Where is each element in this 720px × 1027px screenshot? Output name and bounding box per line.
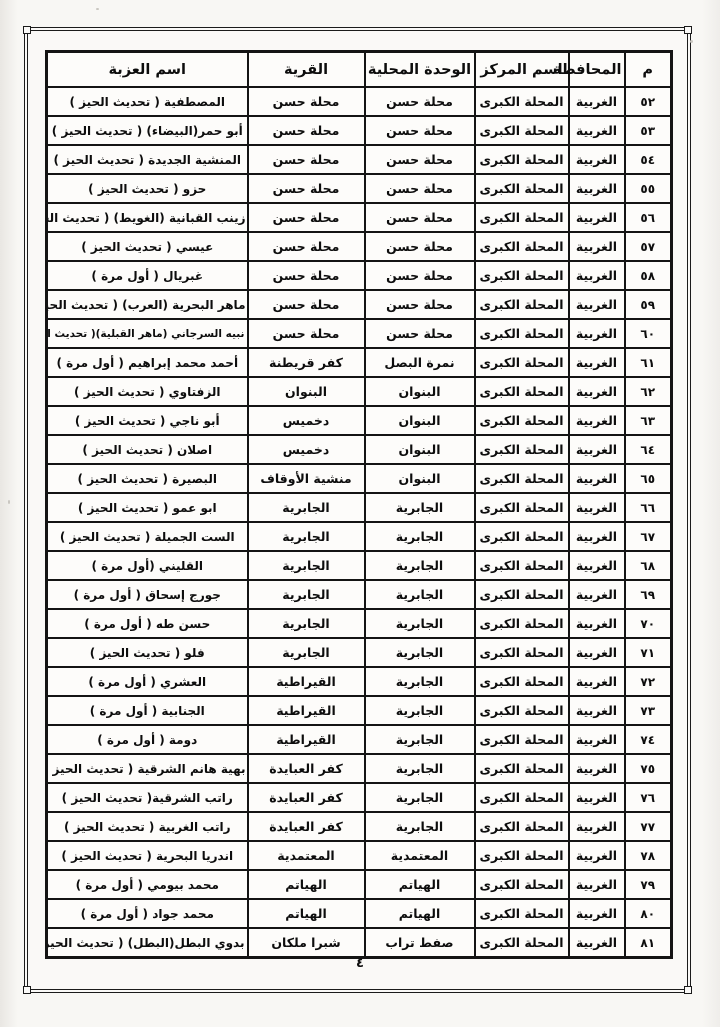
cell-row-number: ٧١ bbox=[625, 638, 672, 667]
cell-center: المحلة الكبرى bbox=[475, 116, 569, 145]
cell-ezba-name: الجنابية ( أول مرة ) bbox=[47, 696, 248, 725]
cell-local-unit: محلة حسن bbox=[365, 261, 475, 290]
cell-village: كفر العبايدة bbox=[248, 754, 365, 783]
table-row: ٦٥ الغربية المحلة الكبرى البنوان منشية ا… bbox=[47, 464, 672, 493]
cell-local-unit: الجابرية bbox=[365, 522, 475, 551]
header-no: م bbox=[625, 52, 672, 88]
cell-village: كفر العبايدة bbox=[248, 812, 365, 841]
cell-row-number: ٦٧ bbox=[625, 522, 672, 551]
cell-row-number: ٥٧ bbox=[625, 232, 672, 261]
cell-village: كفر العبايدة bbox=[248, 783, 365, 812]
cell-ezba-name: المنشية الجديدة ( تحديث الحيز ) bbox=[47, 145, 248, 174]
cell-row-number: ٦٩ bbox=[625, 580, 672, 609]
cell-village: شبرا ملكان bbox=[248, 928, 365, 958]
cell-ezba-name: محمد بيومي ( أول مرة ) bbox=[47, 870, 248, 899]
cell-governorate: الغربية bbox=[569, 145, 625, 174]
cell-ezba-name: حزو ( تحديث الحيز ) bbox=[47, 174, 248, 203]
table-row: ٥٥ الغربية المحلة الكبرى محلة حسن محلة ح… bbox=[47, 174, 672, 203]
cell-governorate: الغربية bbox=[569, 812, 625, 841]
cell-governorate: الغربية bbox=[569, 493, 625, 522]
table-row: ٧٢ الغربية المحلة الكبرى الجابرية القيرا… bbox=[47, 667, 672, 696]
cell-center: المحلة الكبرى bbox=[475, 754, 569, 783]
cell-center: المحلة الكبرى bbox=[475, 203, 569, 232]
cell-local-unit: الجابرية bbox=[365, 609, 475, 638]
cell-local-unit: الجابرية bbox=[365, 725, 475, 754]
cell-governorate: الغربية bbox=[569, 638, 625, 667]
table-row: ٥٦ الغربية المحلة الكبرى محلة حسن محلة ح… bbox=[47, 203, 672, 232]
cell-village: دخميس bbox=[248, 435, 365, 464]
cell-governorate: الغربية bbox=[569, 261, 625, 290]
cell-local-unit: الجابرية bbox=[365, 638, 475, 667]
cell-governorate: الغربية bbox=[569, 754, 625, 783]
table-row: ٧٠ الغربية المحلة الكبرى الجابرية الجابر… bbox=[47, 609, 672, 638]
cell-ezba-name: البصيرة ( تحديث الحيز ) bbox=[47, 464, 248, 493]
cell-village: محلة حسن bbox=[248, 319, 365, 348]
cell-village: محلة حسن bbox=[248, 203, 365, 232]
cell-ezba-name: أبو ناجي ( تحديث الحيز ) bbox=[47, 406, 248, 435]
cell-local-unit: البنوان bbox=[365, 464, 475, 493]
cell-governorate: الغربية bbox=[569, 696, 625, 725]
cell-ezba-name: دومة ( أول مرة ) bbox=[47, 725, 248, 754]
cell-governorate: الغربية bbox=[569, 290, 625, 319]
cell-center: المحلة الكبرى bbox=[475, 261, 569, 290]
table-row: ٥٧ الغربية المحلة الكبرى محلة حسن محلة ح… bbox=[47, 232, 672, 261]
scan-speck bbox=[690, 40, 693, 43]
table-row: ٧٨ الغربية المحلة الكبرى المعتمدية المعت… bbox=[47, 841, 672, 870]
cell-center: المحلة الكبرى bbox=[475, 928, 569, 958]
cell-ezba-name: اصلان ( تحديث الحيز ) bbox=[47, 435, 248, 464]
cell-row-number: ٥٢ bbox=[625, 87, 672, 116]
cell-center: المحلة الكبرى bbox=[475, 145, 569, 174]
cell-governorate: الغربية bbox=[569, 406, 625, 435]
cell-center: المحلة الكبرى bbox=[475, 841, 569, 870]
cell-center: المحلة الكبرى bbox=[475, 638, 569, 667]
cell-governorate: الغربية bbox=[569, 319, 625, 348]
cell-center: المحلة الكبرى bbox=[475, 348, 569, 377]
cell-center: المحلة الكبرى bbox=[475, 174, 569, 203]
cell-center: المحلة الكبرى bbox=[475, 812, 569, 841]
cell-local-unit: الجابرية bbox=[365, 551, 475, 580]
cell-ezba-name: محمد جواد ( أول مرة ) bbox=[47, 899, 248, 928]
cell-center: المحلة الكبرى bbox=[475, 609, 569, 638]
cell-row-number: ٧٨ bbox=[625, 841, 672, 870]
cell-village: محلة حسن bbox=[248, 261, 365, 290]
cell-governorate: الغربية bbox=[569, 522, 625, 551]
cell-row-number: ٦٥ bbox=[625, 464, 672, 493]
ezba-table: م المحافظة اسم المركز الوحدة المحلية الق… bbox=[45, 50, 673, 959]
cell-village: محلة حسن bbox=[248, 232, 365, 261]
cell-row-number: ٦٠ bbox=[625, 319, 672, 348]
table-row: ٧٣ الغربية المحلة الكبرى الجابرية القيرا… bbox=[47, 696, 672, 725]
cell-village: الهياتم bbox=[248, 870, 365, 899]
cell-ezba-name: بهية هانم الشرقية ( تحديث الحيز ) bbox=[47, 754, 248, 783]
cell-row-number: ٥٣ bbox=[625, 116, 672, 145]
cell-row-number: ٦٢ bbox=[625, 377, 672, 406]
cell-village: القيراطية bbox=[248, 696, 365, 725]
table-row: ٧٤ الغربية المحلة الكبرى الجابرية القيرا… bbox=[47, 725, 672, 754]
cell-local-unit: محلة حسن bbox=[365, 116, 475, 145]
frame-corner-bottom-left bbox=[23, 986, 31, 994]
cell-center: المحلة الكبرى bbox=[475, 696, 569, 725]
cell-governorate: الغربية bbox=[569, 725, 625, 754]
cell-ezba-name: فلو ( تحديث الحيز ) bbox=[47, 638, 248, 667]
table-row: ٨٠ الغربية المحلة الكبرى الهياتم الهياتم… bbox=[47, 899, 672, 928]
cell-ezba-name: بدوي البطل(البطل) ( تحديث الحيز ) bbox=[47, 928, 248, 958]
table-row: ٧١ الغربية المحلة الكبرى الجابرية الجابر… bbox=[47, 638, 672, 667]
cell-governorate: الغربية bbox=[569, 899, 625, 928]
cell-village: الجابرية bbox=[248, 609, 365, 638]
cell-center: المحلة الكبرى bbox=[475, 87, 569, 116]
page-number: ٤ bbox=[0, 956, 720, 971]
cell-village: محلة حسن bbox=[248, 116, 365, 145]
cell-row-number: ٥٤ bbox=[625, 145, 672, 174]
table-row: ٦٣ الغربية المحلة الكبرى البنوان دخميس أ… bbox=[47, 406, 672, 435]
cell-row-number: ٨١ bbox=[625, 928, 672, 958]
cell-center: المحلة الكبرى bbox=[475, 377, 569, 406]
cell-village: دخميس bbox=[248, 406, 365, 435]
scanned-document-page: { "page": { "number_label": "٤" }, "tabl… bbox=[0, 0, 720, 1027]
cell-village: الجابرية bbox=[248, 551, 365, 580]
cell-ezba-name: غبريال ( أول مرة ) bbox=[47, 261, 248, 290]
cell-local-unit: الجابرية bbox=[365, 696, 475, 725]
table-row: ٦٩ الغربية المحلة الكبرى الجابرية الجابر… bbox=[47, 580, 672, 609]
cell-village: الجابرية bbox=[248, 638, 365, 667]
cell-row-number: ٦٦ bbox=[625, 493, 672, 522]
scan-speck bbox=[96, 8, 99, 10]
cell-governorate: الغربية bbox=[569, 928, 625, 958]
scan-speck bbox=[8, 500, 10, 504]
cell-village: الجابرية bbox=[248, 493, 365, 522]
cell-governorate: الغربية bbox=[569, 203, 625, 232]
cell-local-unit: محلة حسن bbox=[365, 87, 475, 116]
cell-governorate: الغربية bbox=[569, 116, 625, 145]
cell-local-unit: الجابرية bbox=[365, 812, 475, 841]
cell-governorate: الغربية bbox=[569, 87, 625, 116]
header-ezba: اسم العزبة bbox=[47, 52, 248, 88]
table-body: ٥٢ الغربية المحلة الكبرى محلة حسن محلة ح… bbox=[47, 87, 672, 958]
cell-center: المحلة الكبرى bbox=[475, 870, 569, 899]
cell-center: المحلة الكبرى bbox=[475, 319, 569, 348]
cell-row-number: ٧٧ bbox=[625, 812, 672, 841]
cell-governorate: الغربية bbox=[569, 870, 625, 899]
frame-corner-top-left bbox=[23, 26, 31, 34]
table-row: ٦٤ الغربية المحلة الكبرى البنوان دخميس ا… bbox=[47, 435, 672, 464]
cell-center: المحلة الكبرى bbox=[475, 667, 569, 696]
cell-ezba-name: أبو حمر(البيضاء) ( تحديث الحيز ) bbox=[47, 116, 248, 145]
cell-row-number: ٧٥ bbox=[625, 754, 672, 783]
cell-center: المحلة الكبرى bbox=[475, 406, 569, 435]
cell-governorate: الغربية bbox=[569, 174, 625, 203]
cell-center: المحلة الكبرى bbox=[475, 580, 569, 609]
cell-ezba-name: جورج إسحاق ( أول مرة ) bbox=[47, 580, 248, 609]
header-center: اسم المركز bbox=[475, 52, 569, 88]
table-row: ٦٠ الغربية المحلة الكبرى محلة حسن محلة ح… bbox=[47, 319, 672, 348]
cell-local-unit: الهياتم bbox=[365, 870, 475, 899]
cell-row-number: ٧٠ bbox=[625, 609, 672, 638]
cell-row-number: ٦٤ bbox=[625, 435, 672, 464]
cell-center: المحلة الكبرى bbox=[475, 435, 569, 464]
cell-center: المحلة الكبرى bbox=[475, 232, 569, 261]
cell-governorate: الغربية bbox=[569, 609, 625, 638]
cell-local-unit: محلة حسن bbox=[365, 290, 475, 319]
cell-ezba-name: راتب الغربية ( تحديث الحيز ) bbox=[47, 812, 248, 841]
table-row: ٧٩ الغربية المحلة الكبرى الهياتم الهياتم… bbox=[47, 870, 672, 899]
cell-row-number: ٥٥ bbox=[625, 174, 672, 203]
table-row: ٥٢ الغربية المحلة الكبرى محلة حسن محلة ح… bbox=[47, 87, 672, 116]
cell-row-number: ٧٤ bbox=[625, 725, 672, 754]
cell-governorate: الغربية bbox=[569, 348, 625, 377]
table-row: ٥٤ الغربية المحلة الكبرى محلة حسن محلة ح… bbox=[47, 145, 672, 174]
frame-corner-bottom-right bbox=[684, 986, 692, 994]
cell-center: المحلة الكبرى bbox=[475, 290, 569, 319]
cell-village: محلة حسن bbox=[248, 87, 365, 116]
cell-center: المحلة الكبرى bbox=[475, 522, 569, 551]
cell-local-unit: الجابرية bbox=[365, 783, 475, 812]
cell-center: المحلة الكبرى bbox=[475, 493, 569, 522]
cell-local-unit: محلة حسن bbox=[365, 232, 475, 261]
cell-governorate: الغربية bbox=[569, 377, 625, 406]
cell-ezba-name: المصطفية ( تحديث الحيز ) bbox=[47, 87, 248, 116]
cell-village: كفر قريطنة bbox=[248, 348, 365, 377]
cell-local-unit: محلة حسن bbox=[365, 319, 475, 348]
table-row: ٥٨ الغربية المحلة الكبرى محلة حسن محلة ح… bbox=[47, 261, 672, 290]
cell-local-unit: البنوان bbox=[365, 435, 475, 464]
cell-local-unit: محلة حسن bbox=[365, 203, 475, 232]
table-row: ٦٦ الغربية المحلة الكبرى الجابرية الجابر… bbox=[47, 493, 672, 522]
table-row: ٦٨ الغربية المحلة الكبرى الجابرية الجابر… bbox=[47, 551, 672, 580]
cell-center: المحلة الكبرى bbox=[475, 899, 569, 928]
cell-local-unit: الجابرية bbox=[365, 493, 475, 522]
cell-governorate: الغربية bbox=[569, 232, 625, 261]
cell-village: محلة حسن bbox=[248, 290, 365, 319]
cell-local-unit: الجابرية bbox=[365, 580, 475, 609]
cell-ezba-name: راتب الشرقية( تحديث الحيز ) bbox=[47, 783, 248, 812]
table-row: ٧٧ الغربية المحلة الكبرى الجابرية كفر ال… bbox=[47, 812, 672, 841]
cell-center: المحلة الكبرى bbox=[475, 464, 569, 493]
cell-governorate: الغربية bbox=[569, 551, 625, 580]
cell-village: محلة حسن bbox=[248, 174, 365, 203]
cell-local-unit: الهياتم bbox=[365, 899, 475, 928]
cell-ezba-name: القليني (أول مرة ) bbox=[47, 551, 248, 580]
header-governorate: المحافظة bbox=[569, 52, 625, 88]
cell-village: القيراطية bbox=[248, 667, 365, 696]
cell-ezba-name: العشري ( أول مرة ) bbox=[47, 667, 248, 696]
cell-row-number: ٨٠ bbox=[625, 899, 672, 928]
cell-governorate: الغربية bbox=[569, 464, 625, 493]
cell-local-unit: نمرة البصل bbox=[365, 348, 475, 377]
cell-local-unit: الجابرية bbox=[365, 754, 475, 783]
cell-ezba-name: ابو عمو ( تحديث الحيز ) bbox=[47, 493, 248, 522]
cell-ezba-name: زينب القبانية (الغويط) ( تحديث الحيز ) bbox=[47, 203, 248, 232]
table-row: ٥٣ الغربية المحلة الكبرى محلة حسن محلة ح… bbox=[47, 116, 672, 145]
cell-center: المحلة الكبرى bbox=[475, 783, 569, 812]
table-row: ٦٧ الغربية المحلة الكبرى الجابرية الجابر… bbox=[47, 522, 672, 551]
cell-center: المحلة الكبرى bbox=[475, 551, 569, 580]
cell-local-unit: صفط تراب bbox=[365, 928, 475, 958]
cell-village: الجابرية bbox=[248, 580, 365, 609]
cell-row-number: ٦١ bbox=[625, 348, 672, 377]
cell-center: المحلة الكبرى bbox=[475, 725, 569, 754]
table-row: ٥٩ الغربية المحلة الكبرى محلة حسن محلة ح… bbox=[47, 290, 672, 319]
cell-row-number: ٧٩ bbox=[625, 870, 672, 899]
cell-local-unit: محلة حسن bbox=[365, 174, 475, 203]
cell-row-number: ٧٢ bbox=[625, 667, 672, 696]
cell-row-number: ٥٩ bbox=[625, 290, 672, 319]
cell-local-unit: البنوان bbox=[365, 406, 475, 435]
cell-ezba-name: الزفتاوي ( تحديث الحيز ) bbox=[47, 377, 248, 406]
cell-village: البنوان bbox=[248, 377, 365, 406]
cell-local-unit: الجابرية bbox=[365, 667, 475, 696]
cell-row-number: ٥٦ bbox=[625, 203, 672, 232]
cell-row-number: ٦٣ bbox=[625, 406, 672, 435]
cell-row-number: ٧٦ bbox=[625, 783, 672, 812]
cell-ezba-name: أحمد محمد إبراهيم ( أول مرة ) bbox=[47, 348, 248, 377]
cell-governorate: الغربية bbox=[569, 435, 625, 464]
cell-local-unit: محلة حسن bbox=[365, 145, 475, 174]
table-row: ٦١ الغربية المحلة الكبرى نمرة البصل كفر … bbox=[47, 348, 672, 377]
cell-row-number: ٧٣ bbox=[625, 696, 672, 725]
cell-governorate: الغربية bbox=[569, 580, 625, 609]
cell-governorate: الغربية bbox=[569, 783, 625, 812]
cell-village: الجابرية bbox=[248, 522, 365, 551]
cell-governorate: الغربية bbox=[569, 667, 625, 696]
cell-local-unit: المعتمدية bbox=[365, 841, 475, 870]
table-row: ٦٢ الغربية المحلة الكبرى البنوان البنوان… bbox=[47, 377, 672, 406]
cell-governorate: الغربية bbox=[569, 841, 625, 870]
cell-ezba-name: الست الجميلة ( تحديث الحيز ) bbox=[47, 522, 248, 551]
header-village: القرية bbox=[248, 52, 365, 88]
cell-ezba-name: ماهر البحرية (العرب) ( تحديث الحيز ) bbox=[47, 290, 248, 319]
cell-village: محلة حسن bbox=[248, 145, 365, 174]
cell-row-number: ٥٨ bbox=[625, 261, 672, 290]
cell-village: المعتمدية bbox=[248, 841, 365, 870]
cell-ezba-name: اندريا البحرية ( تحديث الحيز ) bbox=[47, 841, 248, 870]
header-unit: الوحدة المحلية bbox=[365, 52, 475, 88]
cell-local-unit: البنوان bbox=[365, 377, 475, 406]
cell-ezba-name: حسن طه ( أول مرة ) bbox=[47, 609, 248, 638]
table-row: ٧٥ الغربية المحلة الكبرى الجابرية كفر ال… bbox=[47, 754, 672, 783]
table-row: ٧٦ الغربية المحلة الكبرى الجابرية كفر ال… bbox=[47, 783, 672, 812]
cell-village: القيراطية bbox=[248, 725, 365, 754]
table-row: ٨١ الغربية المحلة الكبرى صفط تراب شبرا م… bbox=[47, 928, 672, 958]
table-header-row: م المحافظة اسم المركز الوحدة المحلية الق… bbox=[47, 52, 672, 88]
cell-village: الهياتم bbox=[248, 899, 365, 928]
cell-row-number: ٦٨ bbox=[625, 551, 672, 580]
cell-ezba-name: عيسي ( تحديث الحيز ) bbox=[47, 232, 248, 261]
cell-village: منشية الأوقاف bbox=[248, 464, 365, 493]
cell-ezba-name: نبيه السرجاني (ماهر القبلية)( تحديث الحي… bbox=[47, 319, 248, 348]
frame-corner-top-right bbox=[684, 26, 692, 34]
